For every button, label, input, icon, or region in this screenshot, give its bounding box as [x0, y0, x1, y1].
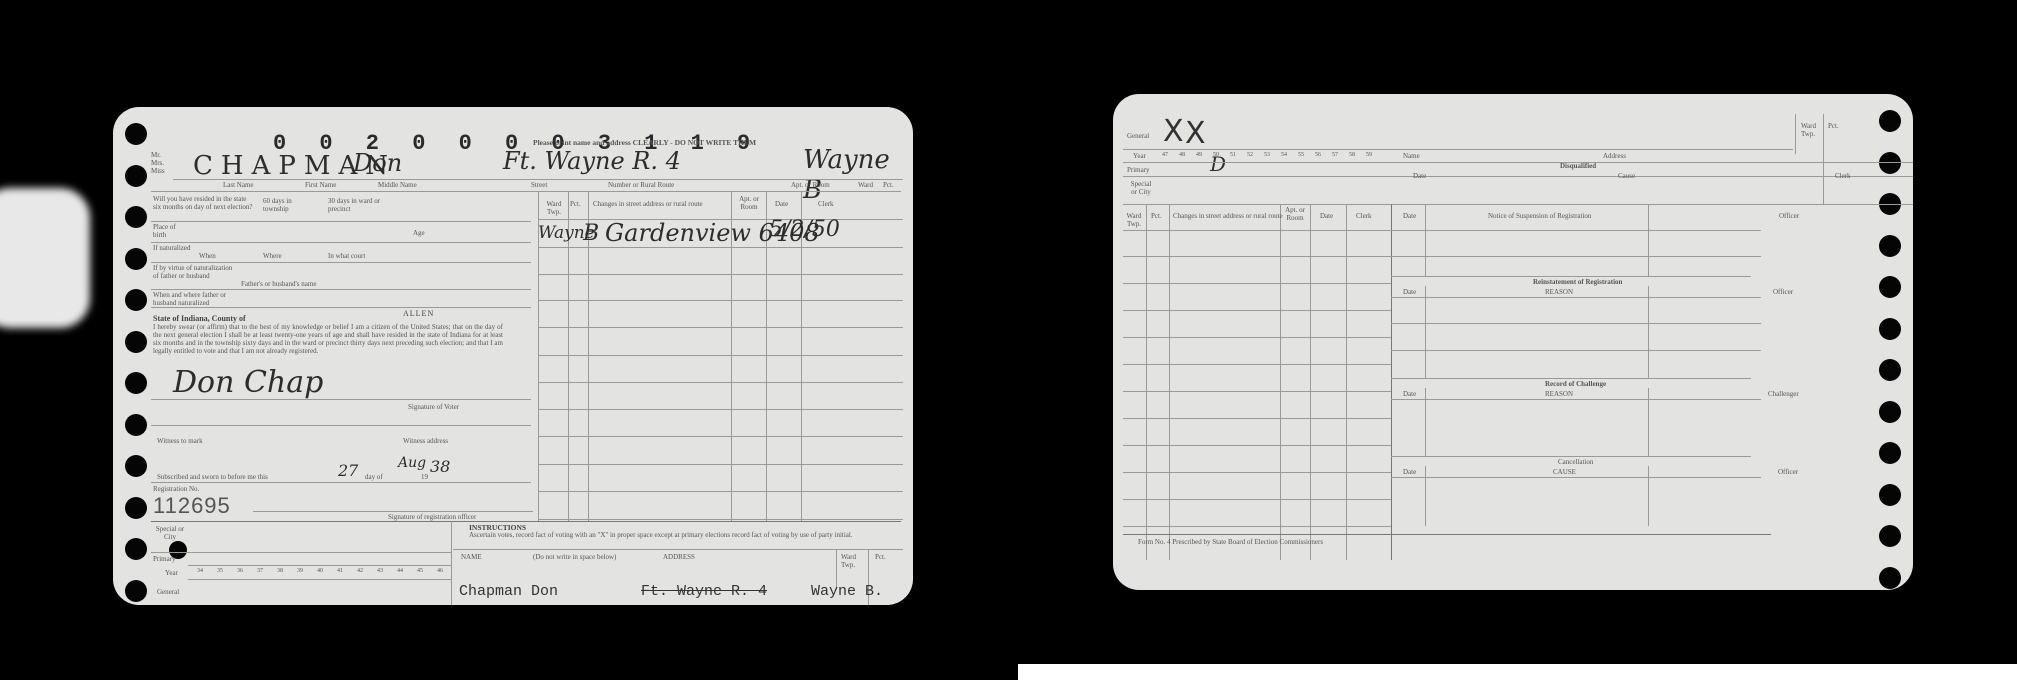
back-year-label: Year — [1133, 152, 1146, 160]
year-cell[interactable]: 50 — [1209, 152, 1223, 158]
change-pct: B — [583, 221, 599, 246]
cancellation-officer-label: Officer — [1778, 468, 1798, 476]
first-name-value: Don — [353, 149, 402, 177]
footer-note: (Do not write in space below) — [533, 553, 616, 561]
officer-signature-label: Signature of registration officer — [388, 513, 476, 521]
challenge-reason-label: REASON — [1545, 390, 1573, 398]
disq-clerk-label: Clerk — [1835, 172, 1851, 180]
father-naturalized-label: When and where father or husband natural… — [153, 291, 243, 307]
footer-typed-ward: Wayne B. — [811, 583, 883, 600]
col-changes: Changes in street address or rural route — [593, 200, 703, 208]
witness-mark-label: Witness to mark — [157, 437, 203, 445]
place-of-birth-label: Place of birth — [153, 223, 183, 239]
year-cell[interactable]: 44 — [393, 568, 407, 574]
disq-date-label: Date — [1413, 172, 1426, 180]
col-apt-room: Apt. or Room — [735, 195, 763, 211]
back-pct-label: Pct. — [1828, 122, 1839, 130]
col-date: Date — [775, 200, 788, 208]
year-cell[interactable]: 40 — [313, 568, 327, 574]
registration-label: Registration No. — [153, 485, 199, 493]
back-address-label: Address — [1603, 152, 1626, 160]
footer-ward-header: Ward Twp. — [841, 553, 863, 569]
year-cell[interactable]: 58 — [1345, 152, 1359, 158]
grid-label-primary: Primary — [153, 555, 176, 563]
year-cell[interactable]: 54 — [1277, 152, 1291, 158]
back-col-apt: Apt. or Room — [1282, 206, 1308, 222]
oath-text: I hereby swear (or affirm) that to the b… — [153, 323, 503, 355]
punch-hole-icon — [1879, 318, 1901, 340]
year-cell[interactable]: 34 — [193, 568, 207, 574]
county-heading: State of Indiana, County of — [153, 314, 246, 323]
year-cell[interactable]: 47 — [1158, 152, 1172, 158]
sworn-label: Subscribed and sworn to before me this — [157, 473, 268, 481]
year-cell[interactable]: 45 — [413, 568, 427, 574]
back-special-label: Special or City — [1127, 180, 1155, 196]
residence-question: Will you have resided in the state six m… — [153, 195, 253, 211]
general-vote-mark: X — [1185, 116, 1206, 151]
day-of-label: day of — [365, 473, 383, 481]
grid-label-special: Special or City — [155, 525, 185, 541]
light-glare — [0, 188, 90, 328]
punch-hole-icon — [125, 580, 147, 602]
punch-hole-icon — [125, 414, 147, 436]
grid-label-year: Year — [165, 569, 178, 577]
instructions-text: Ascertain votes, record fact of voting w… — [469, 531, 899, 539]
footer-name-header: NAME — [461, 553, 482, 561]
ward-pct-value: Wayne B — [803, 145, 913, 205]
voter-signature-label: Signature of Voter — [408, 403, 459, 411]
punch-hole-icon — [125, 331, 147, 353]
back-col-changes: Changes in street address or rural route — [1173, 212, 1283, 220]
punch-hole-icon — [125, 372, 147, 394]
reinstatement-date-label: Date — [1403, 288, 1416, 296]
year-cell[interactable]: 56 — [1311, 152, 1325, 158]
year-cell[interactable]: 52 — [1243, 152, 1257, 158]
voter-signature: Don Chap — [173, 365, 323, 400]
ward-precinct-label: 30 days in ward or precinct — [328, 197, 398, 213]
punch-hole-icon — [125, 248, 147, 270]
year-cell[interactable]: 51 — [1226, 152, 1240, 158]
challenge-date-label: Date — [1403, 390, 1416, 398]
back-col-date: Date — [1320, 212, 1333, 220]
reinstatement-reason-label: REASON — [1545, 288, 1573, 296]
year-cell[interactable]: 46 — [433, 568, 447, 574]
salutation-label: Mr. Mrs. Miss — [151, 151, 165, 175]
cancellation-date-label: Date — [1403, 468, 1416, 476]
grid-label-general: General — [157, 588, 179, 596]
back-ward-label: Ward Twp. — [1801, 122, 1823, 138]
father-name-label: Father's or husband's name — [241, 280, 316, 288]
col-pct: Pct. — [570, 200, 581, 208]
footer-address-header: ADDRESS — [663, 553, 695, 561]
back-general-label: General — [1127, 132, 1149, 140]
label-street: Street — [531, 181, 547, 189]
street-value: Ft. Wayne R. 4 — [503, 147, 681, 175]
general-vote-mark: X — [1163, 114, 1184, 149]
year-cell[interactable]: 37 — [253, 568, 267, 574]
disqualified-label: Disqualified — [1560, 162, 1596, 170]
suspension-title: Notice of Suspension of Registration — [1488, 212, 1591, 220]
year-cell[interactable]: 53 — [1260, 152, 1274, 158]
punch-holes — [1879, 110, 1901, 590]
year-cell[interactable]: 42 — [353, 568, 367, 574]
back-year-row: 47 48 49 50 51 52 53 54 55 56 57 58 59 — [1158, 152, 1376, 158]
year-cell[interactable]: 41 — [333, 568, 347, 574]
challenge-challenger-label: Challenger — [1768, 390, 1799, 398]
sworn-year: 38 — [430, 457, 450, 476]
court-label: In what court — [328, 252, 365, 260]
back-col-pct: Pct. — [1151, 212, 1162, 220]
year-cell[interactable]: 43 — [373, 568, 387, 574]
township-label: 60 days in township — [263, 197, 313, 213]
cancellation-cause-label: CAUSE — [1553, 468, 1576, 476]
change-date: 5/2/50 — [769, 217, 840, 242]
col-clerk: Clerk — [818, 200, 834, 208]
label-first-name: First Name — [305, 181, 336, 189]
reinstatement-officer-label: Officer — [1773, 288, 1793, 296]
punch-hole-icon — [1879, 235, 1901, 257]
year-cell[interactable]: 36 — [233, 568, 247, 574]
back-name-label: Name — [1403, 152, 1420, 160]
label-middle-name: Middle Name — [378, 181, 417, 189]
back-col-ward: Ward Twp. — [1123, 212, 1145, 228]
label-last-name: Last Name — [223, 181, 254, 189]
year-cell[interactable]: 38 — [273, 568, 287, 574]
label-pct: Pct. — [883, 181, 894, 189]
reinstatement-title: Reinstatement of Registration — [1533, 278, 1622, 286]
punch-hole-icon — [125, 165, 147, 187]
punch-holes — [125, 123, 147, 605]
footer-typed-name: Chapman Don — [459, 583, 558, 600]
age-label: Age — [413, 229, 425, 237]
suspension-date-label: Date — [1403, 212, 1416, 220]
punch-hole-icon — [1879, 401, 1901, 423]
punch-hole-icon — [1879, 567, 1901, 589]
form-footer: Form No. 4 Prescribed by State Board of … — [1138, 538, 1323, 546]
punch-hole-icon — [125, 206, 147, 228]
back-col-clerk: Clerk — [1356, 212, 1372, 220]
year-cell[interactable]: 35 — [213, 568, 227, 574]
header-instruction: Please print name and address CLEARLY - … — [533, 139, 756, 147]
year-prefix: 19 — [421, 473, 428, 481]
punch-hole-icon — [1879, 276, 1901, 298]
punch-hole-icon — [125, 538, 147, 560]
registration-card-back: General Year Primary Special or City X X… — [1113, 94, 1913, 590]
punch-hole-icon — [1879, 525, 1901, 547]
footer-pct-header: Pct. — [875, 553, 886, 561]
witness-address-label: Witness address — [403, 437, 448, 445]
back-primary-label: Primary — [1127, 166, 1150, 174]
county-value: ALLEN — [403, 309, 434, 318]
when-label: When — [199, 252, 216, 260]
year-cell[interactable]: 57 — [1328, 152, 1342, 158]
label-number-route: Number or Rural Route — [608, 181, 674, 189]
where-label: Where — [263, 252, 282, 260]
footer-typed-address: Ft. Wayne R. 4 — [641, 583, 767, 600]
disq-cause-label: Cause — [1618, 172, 1635, 180]
naturalized-label: If naturalized — [153, 244, 193, 252]
punch-hole-icon — [1879, 110, 1901, 132]
bottom-white-bar — [1018, 664, 2017, 680]
cancellation-title: Cancellation — [1558, 458, 1593, 466]
year-cell[interactable]: 59 — [1362, 152, 1376, 158]
punch-hole-icon — [125, 123, 147, 145]
father-label: If by virtue of naturalization of father… — [153, 264, 233, 280]
sworn-day: 27 — [338, 461, 358, 480]
label-ward: Ward — [858, 181, 873, 189]
year-cell[interactable]: 39 — [293, 568, 307, 574]
label-apt-room: Apt. or Room — [791, 181, 830, 189]
year-cell[interactable]: 48 — [1175, 152, 1189, 158]
punch-hole-icon — [125, 289, 147, 311]
year-row: 34 35 36 37 38 39 40 41 42 43 44 45 46 — [193, 568, 447, 574]
punch-hole-icon — [1879, 442, 1901, 464]
suspension-officer-label: Officer — [1779, 212, 1799, 220]
punch-hole-icon — [1879, 359, 1901, 381]
sworn-month: Aug — [398, 455, 426, 471]
col-ward-twp: Ward Twp. — [541, 200, 567, 216]
registration-number: 112695 — [153, 493, 231, 519]
punch-hole-icon — [1879, 484, 1901, 506]
punch-hole-icon — [125, 455, 147, 477]
year-cell[interactable]: 49 — [1192, 152, 1206, 158]
registration-card-front: 0 0 2 0 0 0 0 3 1 1 9 Please print name … — [113, 107, 913, 605]
challenge-title: Record of Challenge — [1545, 380, 1606, 388]
year-cell[interactable]: 55 — [1294, 152, 1308, 158]
punch-hole-icon — [125, 497, 147, 519]
